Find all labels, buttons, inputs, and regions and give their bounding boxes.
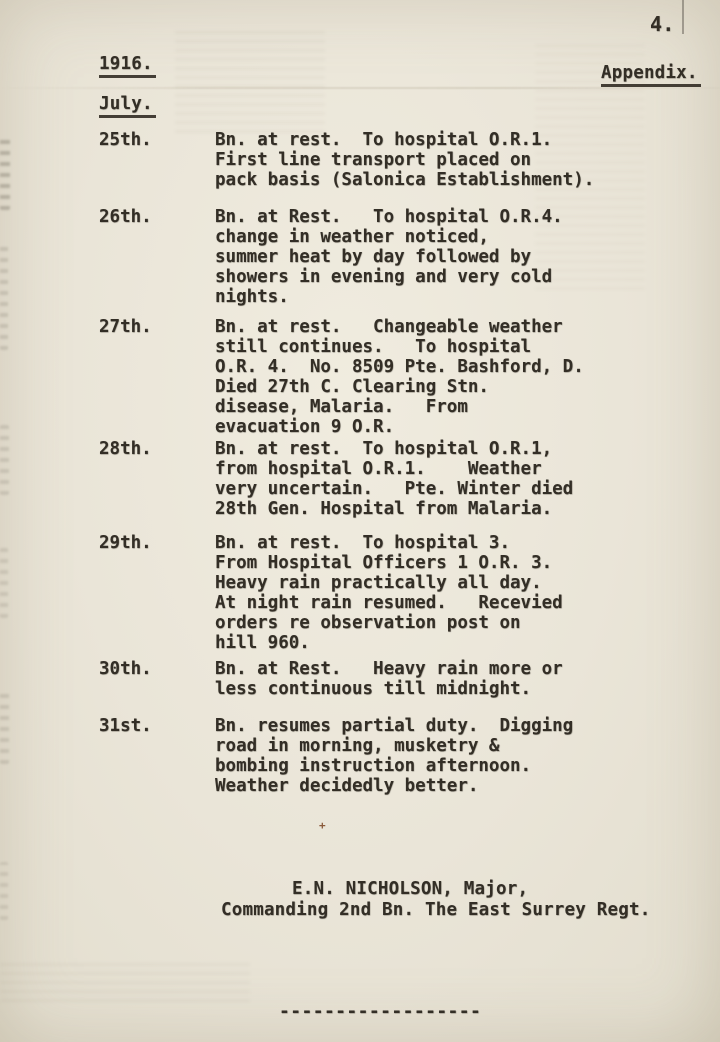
edge-smudge [0,692,9,764]
entry-body: Bn. at rest. To hospital O.R.1, from hos… [215,439,573,519]
entry-date: 28th. [99,439,215,459]
entry-line: orders re observation post on [215,613,563,633]
entry-line: 28th Gen. Hospital from Malaria. [215,499,573,519]
entry-line: bombing instruction afternoon. [215,756,573,776]
entry-body: Bn. resumes partial duty. Digging road i… [215,716,573,796]
entry-body: Bn. at rest. To hospital 3. From Hospita… [215,533,563,653]
paper-crease [0,87,720,89]
entry-line: road in morning, musketry & [215,736,573,756]
entry-line: O.R. 4. No. 8509 Pte. Bashford, D. [215,357,584,377]
year-heading: 1916. [99,54,156,74]
appendix-heading: Appendix. [601,63,701,83]
footer-dashed-rule: ------------------ [279,1002,481,1022]
entry-line: Bn. resumes partial duty. Digging [215,716,573,736]
entry-line: very uncertain. Pte. Winter died [215,479,573,499]
entry-line: pack basis (Salonica Establishment). [215,170,594,190]
signature-name: E.N. NICHOLSON, Major, [292,879,528,899]
page-number: 4. [650,14,674,34]
entry-date: 31st. [99,716,215,736]
entry-line: Bn. at rest. To hospital O.R.1, [215,439,573,459]
entry-line: Bn. at rest. To hospital O.R.1. [215,130,594,150]
entry-line: change in weather noticed, [215,227,563,247]
edge-smudge [0,135,10,210]
signature-title: Commanding 2nd Bn. The East Surrey Regt. [221,900,650,920]
bleed-through-mark [175,28,325,133]
entry-date: 25th. [99,130,215,150]
entry-line: evacuation 9 O.R. [215,417,584,437]
entry-line: still continues. To hospital [215,337,584,357]
year-heading-text: 1916. [99,54,156,78]
entry-line: showers in evening and very cold [215,267,563,287]
entry-body: Bn. at Rest. Heavy rain more or less con… [215,659,563,699]
entry-body: Bn. at rest. Changeable weather still co… [215,317,584,437]
diary-entry-27th: 27th. Bn. at rest. Changeable weather st… [99,317,584,437]
entry-line: Bn. at rest. Changeable weather [215,317,584,337]
entry-date: 26th. [99,207,215,227]
diary-entry-25th: 25th. Bn. at rest. To hospital O.R.1. Fi… [99,130,594,190]
entry-line: summer heat by day followed by [215,247,563,267]
entry-line: less continuous till midnight. [215,679,563,699]
diary-entry-26th: 26th. Bn. at Rest. To hospital O.R.4. ch… [99,207,563,307]
entry-body: Bn. at Rest. To hospital O.R.4. change i… [215,207,563,307]
entry-line: Bn. at rest. To hospital 3. [215,533,563,553]
bleed-through-mark [0,960,250,1002]
edge-smudge [0,425,9,495]
diary-entry-29th: 29th. Bn. at rest. To hospital 3. From H… [99,533,563,653]
pen-stroke [682,0,684,34]
entry-line: From Hospital Officers 1 O.R. 3. [215,553,563,573]
diary-entry-31st: 31st. Bn. resumes partial duty. Digging … [99,716,573,796]
entry-line: Bn. at Rest. Heavy rain more or [215,659,563,679]
entry-line: nights. [215,287,563,307]
edge-smudge [0,245,8,350]
entry-line: First line transport placed on [215,150,594,170]
entry-date: 30th. [99,659,215,679]
entry-date: 27th. [99,317,215,337]
month-heading: July. [99,94,156,114]
entry-line: from hospital O.R.1. Weather [215,459,573,479]
diary-entry-28th: 28th. Bn. at rest. To hospital O.R.1, fr… [99,439,573,519]
edge-smudge [0,862,8,920]
entry-line: Died 27th C. Clearing Stn. [215,377,584,397]
entry-date: 29th. [99,533,215,553]
stray-plus-mark: + [319,816,326,836]
diary-entry-30th: 30th. Bn. at Rest. Heavy rain more or le… [99,659,563,699]
entry-line: At night rain resumed. Recevied [215,593,563,613]
appendix-heading-text: Appendix. [601,63,701,87]
edge-smudge [0,548,8,618]
document-page: + 4. 1916. Appendix. July. 25th. Bn. at … [0,0,720,1042]
entry-line: disease, Malaria. From [215,397,584,417]
entry-line: hill 960. [215,633,563,653]
entry-body: Bn. at rest. To hospital O.R.1. First li… [215,130,594,190]
entry-line: Weather decidedly better. [215,776,573,796]
entry-line: Bn. at Rest. To hospital O.R.4. [215,207,563,227]
entry-line: Heavy rain practically all day. [215,573,563,593]
month-heading-text: July. [99,94,156,118]
